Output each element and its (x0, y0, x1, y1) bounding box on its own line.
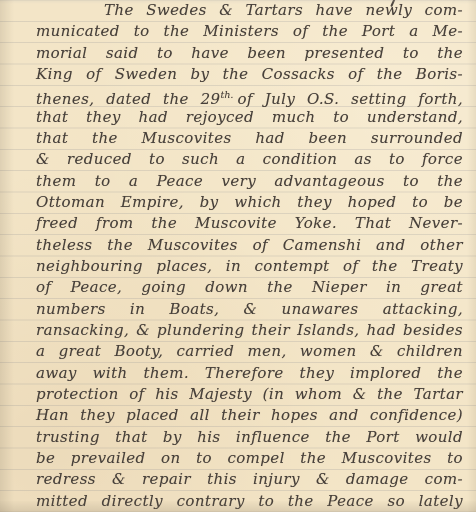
manuscript-line: trusting that by his influence the Port … (36, 427, 463, 448)
manuscript-line: them to a Peace very advantageous to the (36, 171, 463, 192)
manuscript-line: thenes, dated the 29th.of July O.S. sett… (36, 85, 463, 106)
manuscript-line: King of Sweden by the Cossacks of the Bo… (36, 64, 463, 85)
page-left-edge-shadow (0, 0, 14, 512)
manuscript-line: that they had rejoyced much to understan… (36, 107, 463, 128)
manuscript-line: mitted directly contrary to the Peace so… (36, 491, 463, 512)
manuscript-line: protection of his Majesty (in whom & the… (36, 384, 463, 405)
manuscript-line: & reduced to such a condition as to forc… (36, 149, 463, 170)
manuscript-line: Han they placed all their hopes and conf… (36, 405, 463, 426)
manuscript-line: morial said to have been presented to th… (36, 43, 463, 64)
manuscript-line: away with them. Therefore they implored … (36, 363, 463, 384)
manuscript-line: The Swedes & Tartars have newly com- (36, 0, 463, 21)
manuscript-line: freed from the Muscovite Yoke. That Neve… (36, 213, 463, 234)
manuscript-line: Ottoman Empire, by which they hoped to b… (36, 192, 463, 213)
manuscript-line: redress & repair this injury & damage co… (36, 469, 463, 490)
page-right-edge-shadow (467, 0, 476, 512)
manuscript-page: The Swedes & Tartars have newly com- mun… (0, 0, 476, 512)
manuscript-line: of Peace, going down the Nieper in great (36, 277, 463, 298)
line-text: thenes, dated the 29 (36, 90, 221, 108)
manuscript-line: be prevailed on to compel the Muscovites… (36, 448, 463, 469)
manuscript-line: theless the Muscovites of Camenshi and o… (36, 235, 463, 256)
line-text: of July O.S. setting forth, (237, 90, 463, 108)
manuscript-line: municated to the Ministers of the Port a… (36, 21, 463, 42)
superscript-ordinal: th. (221, 90, 234, 101)
manuscript-line: neighbouring places, in contempt of the … (36, 256, 463, 277)
manuscript-line: that the Muscovites had been surrounded (36, 128, 463, 149)
manuscript-line: a great Booty, carried men, women & chil… (36, 341, 463, 362)
manuscript-line: ransacking, & plundering their Islands, … (36, 320, 463, 341)
manuscript-line: numbers in Boats, & unawares attacking, (36, 299, 463, 320)
manuscript-text: The Swedes & Tartars have newly com- mun… (36, 0, 463, 512)
